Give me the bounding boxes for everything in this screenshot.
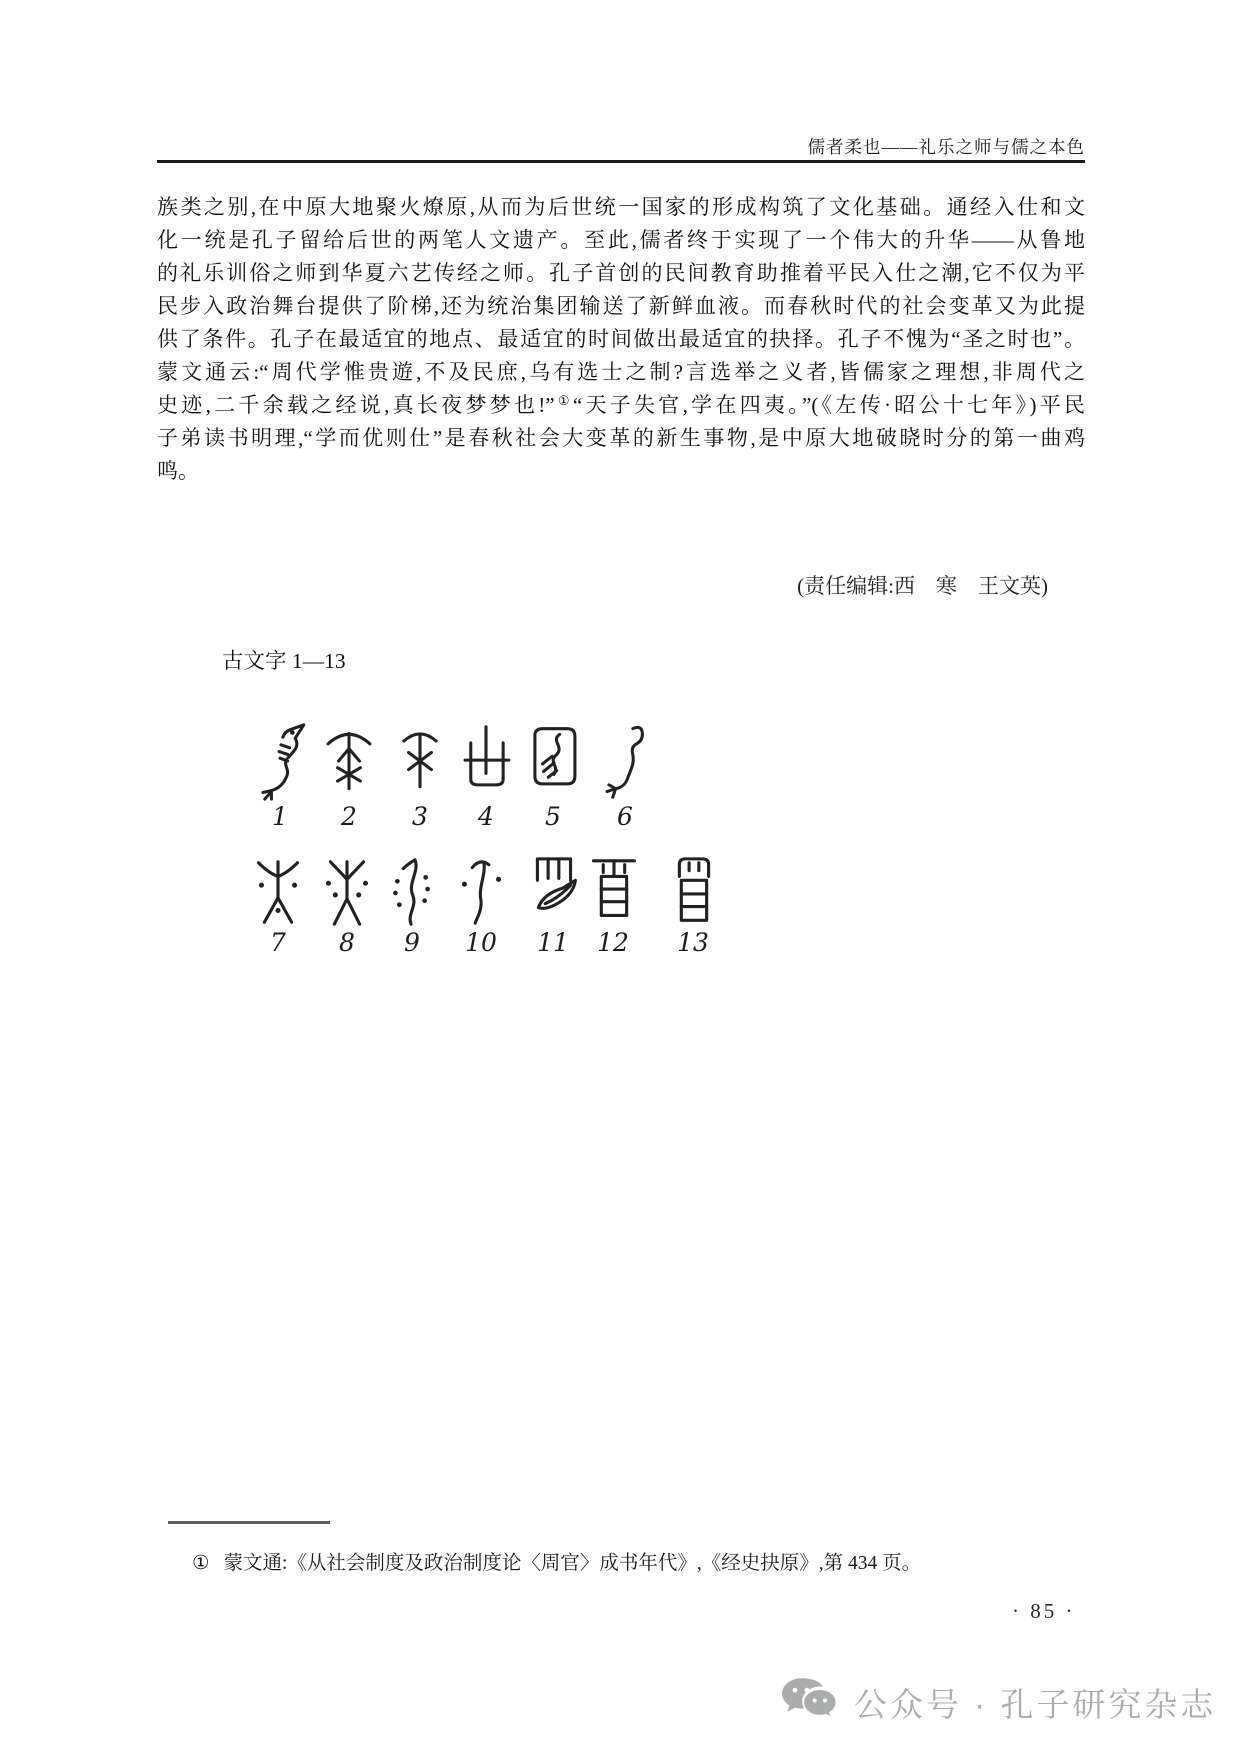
glyph-number-7: 7	[248, 928, 308, 957]
glyph-number-13: 13	[663, 928, 723, 957]
document-page: 儒者柔也——礼乐之师与儒之本色 族类之别,在中原大地聚火燎原,从而为后世统一国家…	[0, 0, 1241, 1754]
glyph-number-12: 12	[583, 928, 643, 957]
glyph-number-11: 11	[523, 928, 583, 957]
body-line: 族类之别,在中原大地聚火燎原,从而为后世统一国家的形成构筑了文化基础。通经入仕和…	[157, 191, 1085, 224]
footnote: ①蒙文通:《从社会制度及政治制度论〈周官〉成书年代》,《经史抉原》,第 434 …	[192, 1547, 921, 1575]
body-line: 的礼乐训俗之师到华夏六艺传经之师。孔子首创的民间教育助推着平民入仕之潮,它不仅为…	[157, 257, 1085, 290]
ancient-script-glyph-6	[598, 722, 658, 802]
glyph-number-9: 9	[382, 928, 442, 957]
body-paragraph: 族类之别,在中原大地聚火燎原,从而为后世统一国家的形成构筑了文化基础。通经入仕和…	[157, 191, 1085, 488]
ancient-script-glyph-5	[523, 722, 583, 802]
body-text-segment: “天子失官,学在四夷。”(《左传·昭公十七年》)平民	[573, 393, 1085, 417]
editor-credit: (责任编辑:西 寒 王文英)	[157, 570, 1048, 600]
body-line: 鸣。	[157, 455, 1085, 488]
footnote-marker: ①	[192, 1553, 209, 1574]
body-line: 蒙文通云:“周代学惟贵遊,不及民庶,乌有选士之制?言选举之义者,皆儒家之理想,非…	[157, 356, 1085, 389]
ancient-script-glyph-13	[663, 854, 723, 930]
header-rule	[157, 160, 1085, 163]
ancient-script-glyph-9	[382, 854, 442, 930]
glyph-number-10: 10	[451, 928, 511, 957]
ancient-script-glyph-4	[456, 722, 516, 802]
body-line-with-footnote-ref: 史迹,二千余载之经说,真长夜梦梦也!”①“天子失官,学在四夷。”(《左传·昭公十…	[157, 389, 1085, 422]
footnote-separator-rule	[168, 1521, 330, 1524]
body-text-segment: 史迹,二千余载之经说,真长夜梦梦也!”	[157, 393, 555, 417]
glyph-number-1: 1	[250, 802, 310, 831]
glyph-number-4: 4	[456, 802, 516, 831]
body-line: 民步入政治舞台提供了阶梯,还为统治集团输送了新鲜血液。而春秋时代的社会变革又为此…	[157, 290, 1085, 323]
watermark-text: 公众号 · 孔子研究杂志	[854, 1679, 1216, 1726]
glyph-number-8: 8	[317, 928, 377, 957]
ancient-script-glyph-11	[523, 854, 583, 930]
glyph-number-2: 2	[319, 802, 379, 831]
ancient-script-glyph-2	[319, 722, 379, 802]
glyph-number-6: 6	[595, 802, 655, 831]
running-head-title: 儒者柔也——礼乐之师与儒之本色	[157, 134, 1085, 159]
ancient-script-glyph-10	[451, 854, 511, 930]
ancient-script-glyph-7	[248, 854, 308, 930]
body-line: 供了条件。孔子在最适宜的地点、最适宜的时间做出最适宜的抉择。孔子不愧为“圣之时也…	[157, 323, 1085, 356]
wechat-icon	[781, 1676, 839, 1729]
ancient-script-glyph-8	[317, 854, 377, 930]
glyph-number-5: 5	[523, 802, 583, 831]
body-line: 化一统是孔子留给后世的两笔人文遗产。至此,儒者终于实现了一个伟大的升华——从鲁地	[157, 224, 1085, 257]
glyph-number-3: 3	[390, 802, 450, 831]
ancient-script-glyph-1	[250, 722, 310, 802]
figure-caption: 古文字 1—13	[222, 644, 346, 675]
ancient-script-glyph-3	[390, 722, 450, 802]
footnote-text: 蒙文通:《从社会制度及政治制度论〈周官〉成书年代》,《经史抉原》,第 434 页…	[223, 1553, 921, 1574]
body-line: 子弟读书明理,“学而优则仕”是春秋社会大变革的新生事物,是中原大地破晓时分的第一…	[157, 422, 1085, 455]
wechat-watermark: 公众号 · 孔子研究杂志	[781, 1676, 1216, 1729]
page-number: · 85 ·	[1012, 1599, 1076, 1624]
ancient-script-glyph-12	[583, 854, 643, 930]
footnote-reference-marker: ①	[555, 393, 573, 408]
